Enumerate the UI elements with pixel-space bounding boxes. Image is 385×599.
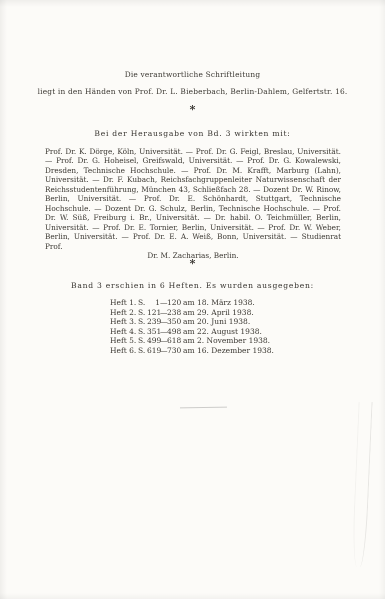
page-to: 238 bbox=[167, 308, 180, 318]
contributors-paragraph: Prof. Dr. K. Dörge, Köln, Universität. —… bbox=[45, 147, 341, 251]
page-range-dash: — bbox=[160, 298, 167, 308]
issue-label: Heft 3. bbox=[110, 317, 136, 327]
page-from: 239 bbox=[147, 317, 160, 327]
page-range-dash: — bbox=[160, 308, 167, 318]
contributors-block: Prof. Dr. K. Dörge, Köln, Universität. —… bbox=[45, 147, 341, 260]
page-to: 498 bbox=[167, 327, 180, 337]
scan-crease-artifact bbox=[351, 402, 372, 567]
page-from: 121 bbox=[147, 308, 160, 318]
page-abbr: S. bbox=[138, 298, 147, 308]
issue-row: Heft 2.S.121—238am 29. April 1938. bbox=[110, 308, 274, 318]
page-from: 351 bbox=[147, 327, 160, 337]
issue-date: am 20. Juni 1938. bbox=[183, 317, 250, 327]
separator-star-icon: * bbox=[0, 257, 385, 270]
editorial-notice: Die verantwortliche Schriftleitung liegt… bbox=[0, 66, 385, 100]
page-from: 499 bbox=[147, 336, 160, 346]
page-abbr: S. bbox=[138, 327, 147, 337]
contributors-heading: Bei der Herausgabe von Bd. 3 wirkten mit… bbox=[0, 129, 385, 138]
page-from: 619 bbox=[147, 346, 160, 356]
issue-date: am 2. November 1938. bbox=[183, 336, 270, 346]
page-abbr: S. bbox=[138, 346, 147, 356]
page-range-dash: — bbox=[160, 336, 167, 346]
issue-date: am 29. April 1938. bbox=[183, 308, 254, 318]
issue-date: am 18. März 1938. bbox=[183, 298, 255, 308]
page-to: 618 bbox=[167, 336, 180, 346]
issue-list: Heft 1.S.1—120am 18. März 1938. Heft 2.S… bbox=[110, 298, 274, 356]
issue-date: am 22. August 1938. bbox=[183, 327, 262, 337]
page-range-dash: — bbox=[160, 327, 167, 337]
editorial-line-1: Die verantwortliche Schriftleitung bbox=[0, 66, 385, 83]
issue-label: Heft 5. bbox=[110, 336, 136, 346]
issue-row: Heft 6.S.619—730am 16. Dezember 1938. bbox=[110, 346, 274, 356]
issue-row: Heft 4.S.351—498am 22. August 1938. bbox=[110, 327, 274, 337]
page-to: 730 bbox=[167, 346, 180, 356]
page-abbr: S. bbox=[138, 317, 147, 327]
page-range-dash: — bbox=[160, 317, 167, 327]
issue-row: Heft 5.S.499—618am 2. November 1938. bbox=[110, 336, 274, 346]
issue-label: Heft 2. bbox=[110, 308, 136, 318]
scan-smudge-artifact bbox=[180, 407, 227, 411]
page-from: 1 bbox=[147, 298, 160, 308]
issue-date: am 16. Dezember 1938. bbox=[183, 346, 274, 356]
page-abbr: S. bbox=[138, 308, 147, 318]
page-range-dash: — bbox=[160, 346, 167, 356]
issue-label: Heft 6. bbox=[110, 346, 136, 356]
issue-row: Heft 1.S.1—120am 18. März 1938. bbox=[110, 298, 274, 308]
page-to: 120 bbox=[167, 298, 180, 308]
issue-label: Heft 1. bbox=[110, 298, 136, 308]
page-abbr: S. bbox=[138, 336, 147, 346]
separator-star-icon: * bbox=[0, 103, 385, 116]
issue-label: Heft 4. bbox=[110, 327, 136, 337]
issue-row: Heft 3.S.239—350am 20. Juni 1938. bbox=[110, 317, 274, 327]
page-to: 350 bbox=[167, 317, 180, 327]
editorial-line-2: liegt in den Händen von Prof. Dr. L. Bie… bbox=[0, 83, 385, 100]
scanned-document-page: Die verantwortliche Schriftleitung liegt… bbox=[0, 0, 385, 599]
issues-heading: Band 3 erschien in 6 Heften. Es wurden a… bbox=[0, 281, 385, 290]
